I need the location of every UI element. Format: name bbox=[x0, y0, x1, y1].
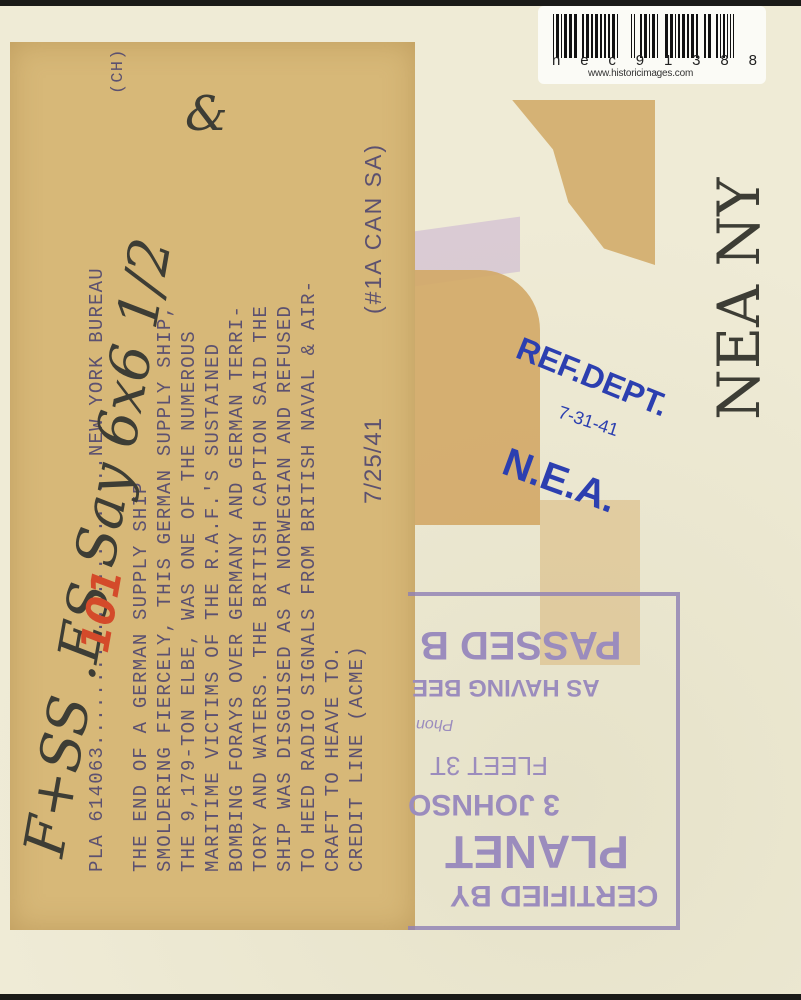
barcode-char: c bbox=[608, 52, 616, 69]
certified-stamp-line: Phon bbox=[416, 715, 453, 733]
pencil-notation-right: NEA NY bbox=[705, 178, 773, 420]
certified-stamp-line: PLANET bbox=[445, 825, 629, 879]
website-url: www.historicimages.com bbox=[588, 68, 693, 79]
barcode-char: 9 bbox=[636, 52, 644, 69]
barcode-char: 8 bbox=[720, 52, 728, 69]
barcode-char: e bbox=[580, 52, 588, 69]
barcode-char: 1 bbox=[664, 52, 672, 69]
barcode-char: 3 bbox=[692, 52, 700, 69]
barcode-char: n bbox=[552, 52, 560, 69]
barcode-char: 8 bbox=[749, 52, 757, 69]
caption-line: BOMBING FORAYS OVER GERMANY AND GERMAN T… bbox=[228, 305, 247, 872]
caption-line: SHIP WAS DISGUISED AS A NORWEGIAN AND RE… bbox=[276, 305, 295, 872]
caption-ref: (#1A CAN SA) bbox=[362, 143, 385, 314]
caption-line: TO HEED RADIO SIGNALS FROM BRITISH NAVAL… bbox=[300, 280, 319, 872]
caption-line: CREDIT LINE (ACME) bbox=[348, 645, 367, 872]
caption-line: TORY AND WATERS. THE BRITISH CAPTION SAI… bbox=[252, 305, 271, 872]
caption-line: CRAFT TO HEAVE TO. bbox=[324, 645, 343, 872]
caption-date: 7/25/41 bbox=[362, 417, 386, 504]
certified-stamp-line: CERTIFIED BY bbox=[450, 878, 658, 912]
certified-stamp-line: PASSED B bbox=[420, 622, 622, 667]
caption-line: MARITIME VICTIMS OF THE R.A.F.'S SUSTAIN… bbox=[204, 343, 223, 872]
certified-stamp-line: FLEET 3T bbox=[430, 750, 548, 781]
certified-stamp-line: 3 JOHNSO bbox=[408, 787, 560, 821]
barcode-number: nec91388 bbox=[552, 52, 757, 69]
caption-header-suffix: (CH) bbox=[110, 48, 127, 94]
barcode-label: nec91388 www.historicimages.com bbox=[538, 6, 766, 84]
caption-line: THE 9,179-TON ELBE, WAS ONE OF THE NUMER… bbox=[180, 330, 199, 872]
certified-stamp-line: AS HAVING BEE bbox=[412, 673, 600, 701]
caption-line: THE END OF A GERMAN SUPPLY SHIP bbox=[132, 481, 151, 872]
pencil-mark: & bbox=[185, 86, 228, 142]
